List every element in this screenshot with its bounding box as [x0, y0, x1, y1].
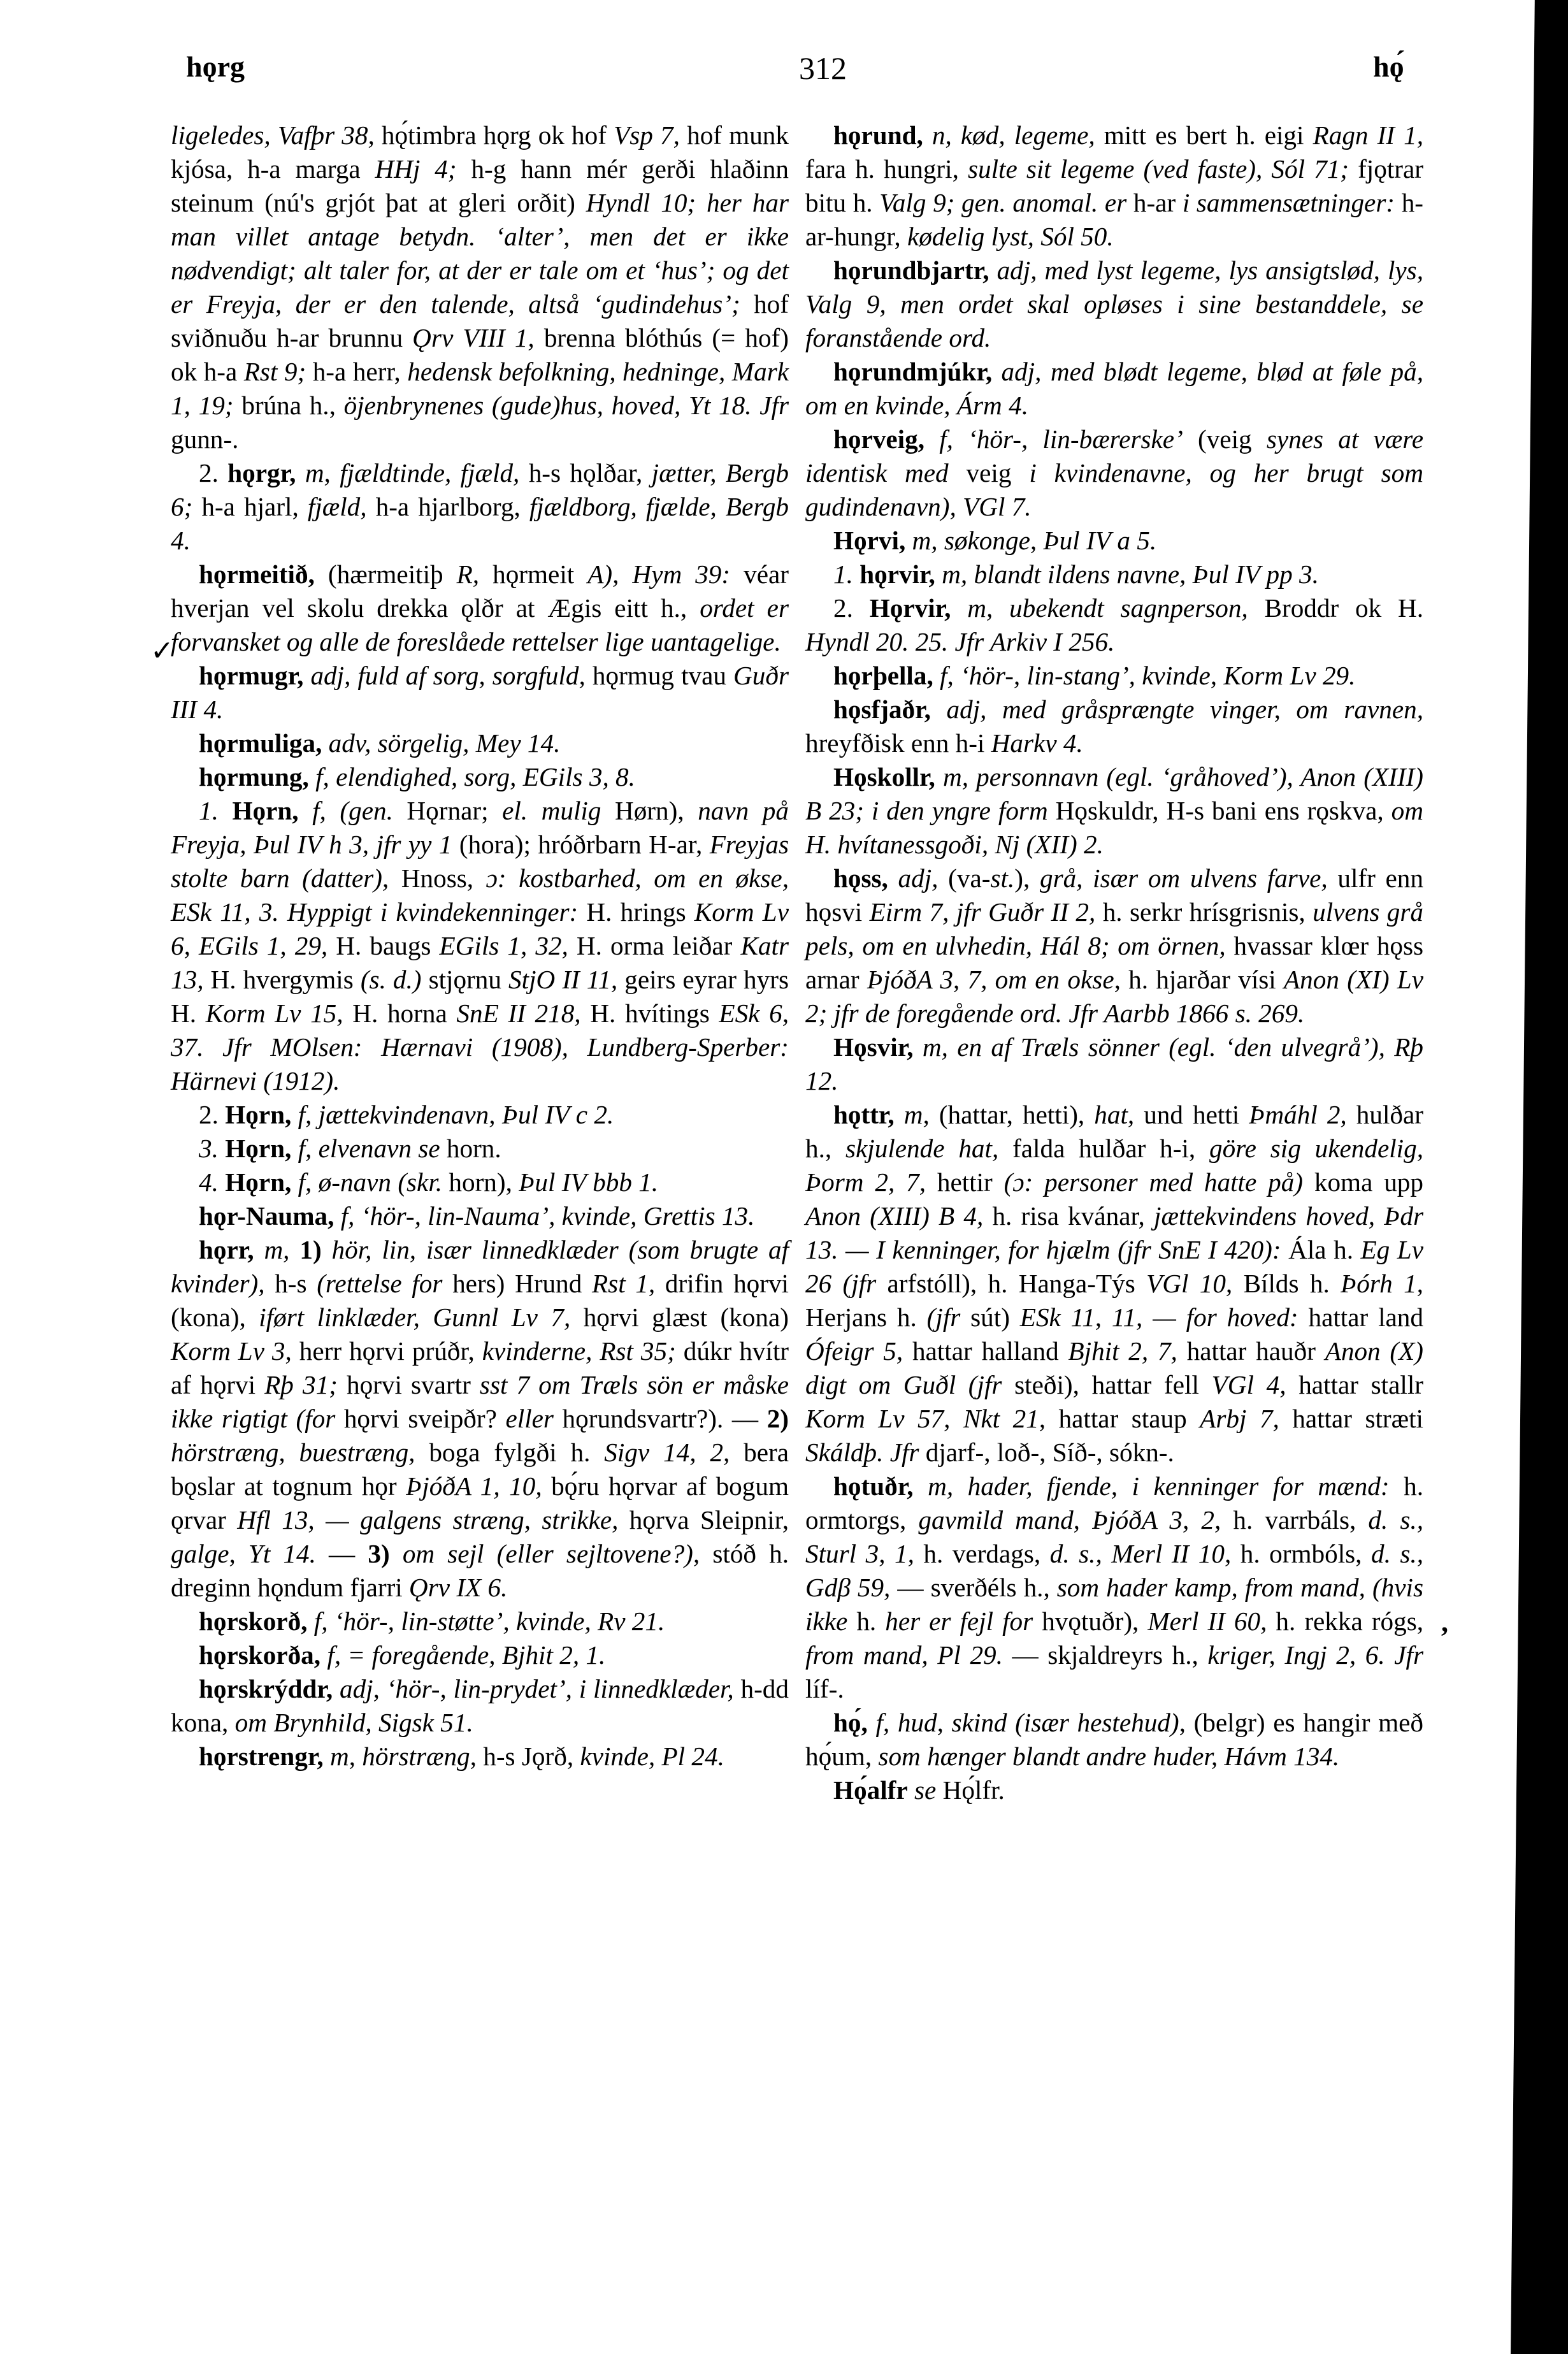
- headword: hǫrmugr,: [199, 661, 303, 690]
- headword: hǫrund,: [833, 120, 923, 150]
- headword: Hǫsvir,: [833, 1032, 914, 1062]
- dictionary-entry: hǫrþella, f, ‘hör-, lin-stang’, kvinde, …: [805, 659, 1423, 693]
- dictionary-entry: hǫrskrýddr, adj, ‘hör-, lin-prydet’, i l…: [171, 1672, 789, 1740]
- headword: hǫrskorð,: [199, 1607, 307, 1636]
- dictionary-entry: hǫrmung, f, elendighed, sorg, EGils 3, 8…: [171, 760, 789, 794]
- dictionary-entry: 4. Hǫrn, f, ø-navn (skr. horn), Þul IV b…: [171, 1166, 789, 1199]
- dictionary-entry: hǫsfjaðr, adj, med gråsprængte vinger, o…: [805, 693, 1423, 760]
- headword: hǫrskrýddr,: [199, 1674, 333, 1703]
- dictionary-entry: 2. hǫrgr, m, fjældtinde, fjæld, h-s hǫlð…: [171, 456, 789, 558]
- headword: hǫr-Nauma,: [199, 1201, 334, 1231]
- headword: hǫrr,: [199, 1235, 254, 1264]
- dictionary-entry: 1. hǫrvir, m, blandt ildens navne, Þul I…: [805, 558, 1423, 591]
- headword: hǫrþella,: [833, 661, 933, 690]
- dictionary-entry: hǫrund, n, kød, legeme, mitt es bert h. …: [805, 119, 1423, 254]
- headword: Hǫrn,: [232, 796, 298, 825]
- dictionary-entry: hǫ́, f, hud, skind (især hestehud), (bel…: [805, 1706, 1423, 1773]
- dictionary-entry: hǫrstrengr, m, hörstræng, h-s Jǫrð, kvin…: [171, 1740, 789, 1773]
- dictionary-entry: hǫtuðr, m, hader, fjende, i kenninger fo…: [805, 1469, 1423, 1706]
- headword: Hǫskollr,: [833, 762, 935, 791]
- headword: hǫrvir,: [860, 560, 935, 589]
- dictionary-entry: 3. Hǫrn, f, elvenavn se horn.: [171, 1132, 789, 1166]
- headword: hǫttr,: [833, 1100, 895, 1129]
- headword: Hǫrn,: [225, 1167, 291, 1197]
- headword: Hǫrn,: [225, 1134, 291, 1163]
- dictionary-entry: hǫrskorða, f, = foregående, Bjhit 2, 1.: [171, 1638, 789, 1672]
- headword: hǫrundbjartr,: [833, 256, 989, 285]
- stray-comma-mark: ,: [1441, 1606, 1448, 1638]
- headword: Hǫrvi,: [833, 526, 905, 555]
- headword: hǫrmuliga,: [199, 728, 322, 758]
- page-number: 312: [799, 50, 847, 87]
- dictionary-entry: hǫrr, m, 1) hör, lin, især linnedklæder …: [171, 1233, 789, 1605]
- headword: hǫrmung,: [199, 762, 309, 791]
- dictionary-entry: hǫrmeitið, (hærmeitiþ R, hǫrmeit A), Hym…: [171, 558, 789, 659]
- dictionary-entry: 2. Hǫrvir, m, ubekendt sagnperson, Brodd…: [805, 591, 1423, 659]
- dictionary-entry: hǫrundbjartr, adj, med lyst legeme, lys …: [805, 254, 1423, 355]
- dictionary-entry: 1. Hǫrn, f, (gen. Hǫrnar; el. mulig Hørn…: [171, 794, 789, 1098]
- dictionary-entry: Hǫsvir, m, en af Træls sönner (egl. ‘den…: [805, 1030, 1423, 1098]
- dictionary-entry: ligeledes, Vafþr 38, hǫ́timbra hǫrg ok h…: [171, 119, 789, 456]
- dictionary-entry: Hǫskollr, m, personnavn (egl. ‘gråhoved’…: [805, 760, 1423, 862]
- dictionary-entry: 2. Hǫrn, f, jættekvindenavn, Þul IV c 2.: [171, 1098, 789, 1132]
- right-column: hǫrund, n, kød, legeme, mitt es bert h. …: [805, 119, 1423, 1807]
- headword: Hǫ́alfr: [833, 1775, 908, 1805]
- headword: Hǫrn,: [225, 1100, 291, 1129]
- dictionary-entry: hǫrmugr, adj, fuld af sorg, sorgfuld, hǫ…: [171, 659, 789, 726]
- dictionary-entry: Hǫrvi, m, søkonge, Þul IV a 5.: [805, 524, 1423, 558]
- left-column: ligeledes, Vafþr 38, hǫ́timbra hǫrg ok h…: [171, 119, 789, 1773]
- running-head-right-catchword: hǫ́: [1373, 50, 1404, 83]
- headword: hǫrundmjúkr,: [833, 357, 992, 386]
- headword: hǫss,: [833, 863, 888, 893]
- headword: hǫsfjaðr,: [833, 695, 931, 724]
- correction-tick-mark: ✓: [150, 635, 174, 667]
- headword: Hǫrvir,: [870, 593, 951, 623]
- scan-edge-shadow: [1511, 0, 1568, 2354]
- running-head-left-catchword: hǫrg: [186, 50, 245, 83]
- headword: hǫrskorða,: [199, 1640, 320, 1670]
- dictionary-entry: hǫrskorð, f, ‘hör-, lin-støtte’, kvinde,…: [171, 1605, 789, 1638]
- running-head: hǫrg 312 hǫ́: [0, 50, 1568, 88]
- headword: hǫrgr,: [227, 458, 296, 487]
- dictionary-entry: hǫrundmjúkr, adj, med blødt legeme, blød…: [805, 355, 1423, 422]
- dictionary-entry: hǫrveig, f, ‘hör-, lin-bærerske’ (veig s…: [805, 422, 1423, 524]
- dictionary-entry: hǫr-Nauma, f, ‘hör-, lin-Nauma’, kvinde,…: [171, 1199, 789, 1233]
- headword: hǫrmeitið,: [199, 560, 315, 589]
- headword: hǫrveig,: [833, 424, 924, 454]
- dictionary-entry: hǫss, adj, (va-st.), grå, især om ulvens…: [805, 862, 1423, 1030]
- headword: hǫrstrengr,: [199, 1742, 324, 1771]
- dictionary-entry: hǫttr, m, (hattar, hetti), hat, und hett…: [805, 1098, 1423, 1469]
- headword: hǫ́,: [833, 1708, 868, 1737]
- headword: hǫtuðr,: [833, 1471, 914, 1501]
- dictionary-entry: hǫrmuliga, adv, sörgelig, Mey 14.: [171, 726, 789, 760]
- dictionary-entry: Hǫ́alfr se Hǫ́lfr.: [805, 1773, 1423, 1807]
